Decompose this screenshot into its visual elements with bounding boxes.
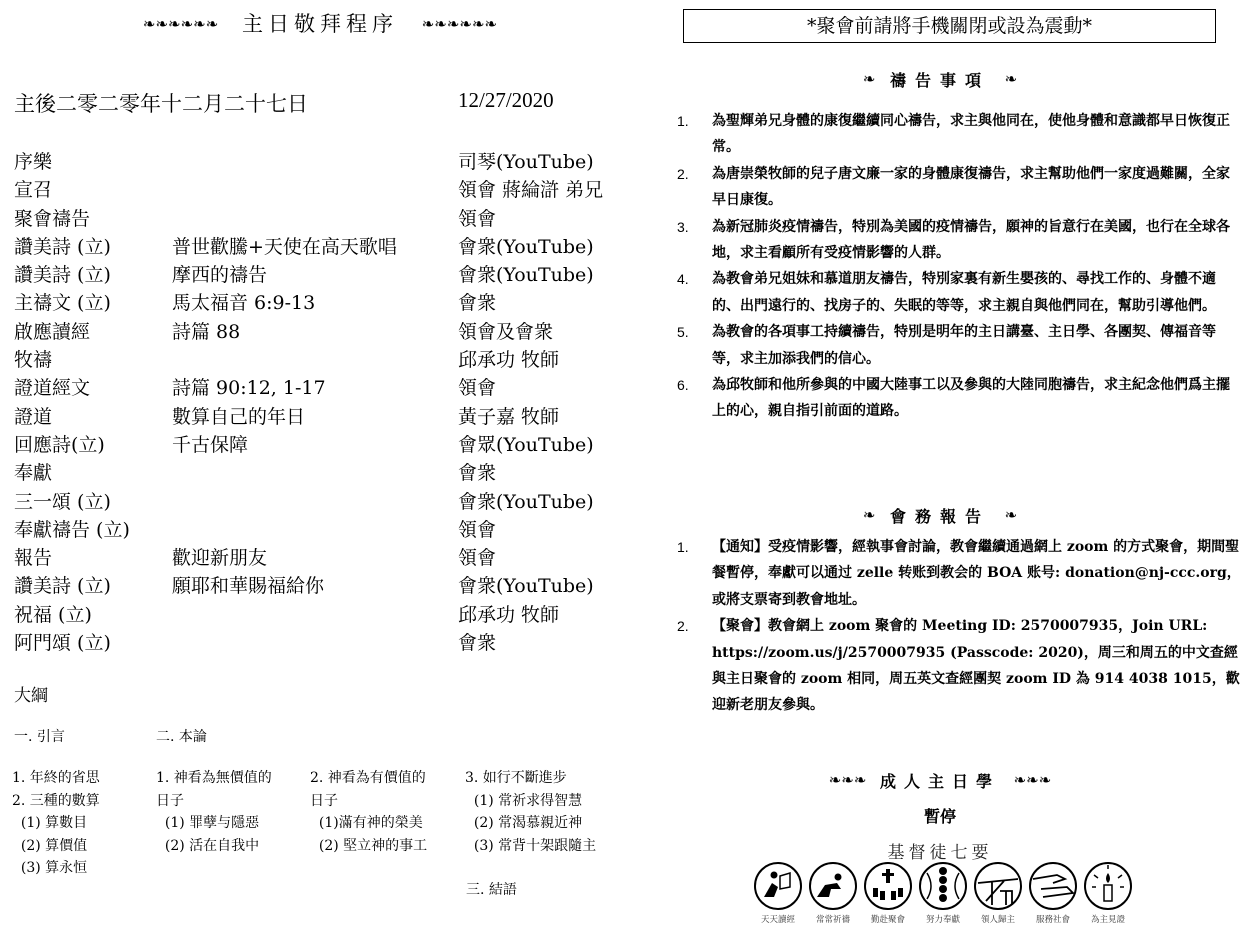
report-title: 會務報告 [890,507,990,526]
item-number: 4. [677,266,689,292]
order-item: 讚美詩 (立) [14,572,111,600]
reading-bible-icon [752,861,804,911]
order-leader: 領會 [458,544,496,572]
order-leader: 邱承功 牧師 [458,601,559,629]
ornament-icon: ❧ [1005,506,1018,524]
item-number: 5. [677,319,689,345]
outline-point: (2) 堅立神的事工 [310,835,427,858]
evangelism-icon [972,861,1024,911]
order-row: 阿門頌 (立)會衆 [14,629,634,657]
order-row: 讚美詩 (立)願耶和華賜福給你會衆(YouTube) [14,572,634,600]
list-item: 1.為聖輝弟兄身體的康復繼續同心禱告，求主與他同在，使他身體和意識都早日恢復正常… [672,108,1242,161]
outline-point: (1)滿有神的榮美 [310,812,427,835]
order-leader: 會眾(YouTube) [458,431,594,459]
list-item: 1.【通知】受疫情影響，經執事會討論，教會繼續通過網上 zoom 的方式聚會，期… [672,534,1242,613]
order-leader: 會衆(YouTube) [458,488,594,516]
order-detail: 詩篇 88 [172,318,240,346]
essential-item: 天天讀經 [752,861,804,925]
essential-item: 努力奉獻 [917,861,969,925]
praying-icon [807,861,859,911]
item-text: 為教會弟兄姐妹和慕道朋友禱告，特別家裏有新生嬰孩的、尋找工作的、身體不適的、出門… [712,271,1216,313]
order-detail: 千古保障 [172,431,248,459]
essential-label: 服務社會 [1036,913,1070,925]
order-item: 主禱文 (立) [14,289,111,317]
order-row: 回應詩(立)千古保障會眾(YouTube) [14,431,634,459]
date-numeric: 12/27/2020 [458,88,554,113]
order-item: 啟應讀經 [14,318,90,346]
outline-col-1: 1. 年終的省思2. 三種的數算 (1) 算數目 (2) 算價值 (3) 算永恒 [12,767,100,880]
item-number: 3. [677,214,689,240]
outline-point: (2) 算價值 [12,835,100,858]
prayer-section-heading: ❧ 禱告事項 ❧ [740,68,1140,91]
item-text: 為聖輝弟兄身體的康復繼續同心禱告，求主與他同在，使他身體和意識都早日恢復正常。 [712,113,1230,155]
order-row: 牧禱邱承功 牧師 [14,346,634,374]
outline-point: 日子 [156,790,272,813]
offering-icon [917,861,969,911]
order-leader: 領會 [458,516,496,544]
outline-section-body: 二. 本論 [156,726,207,746]
order-row: 證道經文詩篇 90:12, 1-17領會 [14,374,634,402]
order-row: 祝福 (立)邱承功 牧師 [14,601,634,629]
order-leader: 黃子嘉 牧師 [458,403,559,431]
outline-col-3: 2. 神看為有價值的日子 (1)滿有神的榮美 (2) 堅立神的事工 [310,767,427,857]
order-item: 報告 [14,544,52,572]
order-leader: 會衆(YouTube) [458,572,594,600]
essential-item: 常常祈禱 [807,861,859,925]
essential-label: 常常祈禱 [816,913,850,925]
order-item: 宣召 [14,176,52,204]
list-item: 2.為唐崇榮牧師的兒子唐文廉一家的身體康復禱告，求主幫助他們一家度過難關，全家早… [672,161,1242,214]
order-item: 祝福 (立) [14,601,92,629]
order-leader: 會衆(YouTube) [458,261,594,289]
order-detail: 詩篇 90:12, 1-17 [172,374,326,402]
ornament-icon: ❧ [863,70,876,88]
order-row: 報告歡迎新朋友領會 [14,544,634,572]
order-detail: 願耶和華賜福給你 [172,572,324,600]
sunday-school-heading: ❧❧❧ 成人主日學 ❧❧❧ [740,769,1140,792]
essential-label: 領人歸主 [981,913,1015,925]
outline-point: (1) 算數目 [12,812,100,835]
order-row: 序樂司琴(YouTube) [14,148,634,176]
item-number: 1. [677,108,689,134]
phone-notice-box: *聚會前請將手機關閉或設為震動* [683,9,1216,43]
ornament-icon: ❧❧❧❧❧❧ [143,15,218,33]
outline-point: (1) 罪孽与隱惡 [156,812,272,835]
outline-point: (2) 常渴慕親近神 [465,812,596,835]
order-row: 奉獻會衆 [14,459,634,487]
ornament-icon: ❧ [1005,70,1018,88]
item-text: 【聚會】教會網上 zoom 聚會的 Meeting ID: 2570007935… [712,618,1240,713]
order-detail: 普世歡騰+天使在高天歌唱 [172,233,397,261]
list-item: 3.為新冠肺炎疫情禱告，特別為美國的疫情禱告，願神的旨意行在美國，也行在全球各地… [672,214,1242,267]
outline-point: (3) 算永恒 [12,857,100,880]
outline-point: (3) 常背十架跟隨主 [465,835,596,858]
order-detail: 歡迎新朋友 [172,544,267,572]
date-chinese: 主後二零二零年十二月二十七日 [14,88,308,118]
order-row: 宣召領會 蔣綸滸 弟兄 [14,176,634,204]
outline-col-2: 1. 神看為無價值的日子 (1) 罪孽与隱惡 (2) 活在自我中 [156,767,272,857]
item-text: 為唐崇榮牧師的兒子唐文廉一家的身體康復禱告，求主幫助他們一家度過難關，全家早日康… [712,166,1230,208]
outline-title: 大綱 [14,681,48,706]
essential-item: 為主見證 [1082,861,1134,925]
order-item: 讚美詩 (立) [14,233,111,261]
order-detail: 摩西的禱告 [172,261,267,289]
order-detail: 馬太福音 6:9-13 [172,289,315,317]
order-leader: 會衆 [458,289,496,317]
ornament-icon: ❧❧❧ [1014,771,1052,789]
list-item: 5.為教會的各項事工持續禱告，特別是明年的主日講臺、主日學、各團契、傳福音等等，… [672,319,1242,372]
report-list: 1.【通知】受疫情影響，經執事會討論，教會繼續通過網上 zoom 的方式聚會，期… [672,534,1242,719]
order-row: 主禱文 (立)馬太福音 6:9-13會衆 [14,289,634,317]
worship-order-title: ❧❧❧❧❧❧ 主日敬拜程序 ❧❧❧❧❧❧ [0,8,640,38]
order-item: 奉獻 [14,459,52,487]
ornament-icon: ❧ [863,506,876,524]
order-leader: 領會 [458,205,496,233]
prayer-list: 1.為聖輝弟兄身體的康復繼續同心禱告，求主與他同在，使他身體和意識都早日恢復正常… [672,108,1242,425]
order-leader: 邱承功 牧師 [458,346,559,374]
seven-essentials-icons: 天天讀經常常祈禱勤赴聚會努力奉獻領人歸主服務社會為主見證 [752,861,1134,925]
order-item: 證道經文 [14,374,90,402]
outline-point: 1. 年終的省思 [12,767,100,790]
item-number: 6. [677,372,689,398]
order-row: 讚美詩 (立)摩西的禱告會衆(YouTube) [14,261,634,289]
outline-point: 2. 神看為有價值的 [310,767,427,790]
order-leader: 會衆 [458,629,496,657]
candle-witness-icon [1082,861,1134,911]
item-number: 1. [677,534,689,560]
order-leader: 會衆 [458,459,496,487]
outline-section-intro: 一. 引言 [14,726,65,746]
order-item: 聚會禱告 [14,205,90,233]
sunday-school-status: 暫停 [740,804,1140,827]
order-row: 讚美詩 (立)普世歡騰+天使在高天歌唱會衆(YouTube) [14,233,634,261]
outline-section-conclusion: 三. 結語 [466,879,517,899]
essential-label: 天天讀經 [761,913,795,925]
order-row: 三一頌 (立)會衆(YouTube) [14,488,634,516]
item-number: 2. [677,161,689,187]
prayer-title: 禱告事項 [890,71,990,90]
order-leader: 會衆(YouTube) [458,233,594,261]
outline-point: (2) 活在自我中 [156,835,272,858]
essential-label: 為主見證 [1091,913,1125,925]
item-number: 2. [677,613,689,639]
order-row: 聚會禱告領會 [14,205,634,233]
outline-point: 3. 如行不斷進步 [465,767,596,790]
list-item: 6.為邱牧師和他所參與的中國大陸事工以及參與的大陸同胞禱告，求主紀念他們爲主擺上… [672,372,1242,425]
service-hands-icon [1027,861,1079,911]
order-item: 阿門頌 (立) [14,629,111,657]
order-leader: 司琴(YouTube) [458,148,594,176]
report-section-heading: ❧ 會務報告 ❧ [740,504,1140,527]
order-item: 牧禱 [14,346,52,374]
order-item: 序樂 [14,148,52,176]
order-item: 回應詩(立) [14,431,105,459]
sunday-school-title: 成人主日學 [880,772,1000,791]
outline-point: 2. 三種的數算 [12,790,100,813]
item-text: 為教會的各項事工持續禱告，特別是明年的主日講臺、主日學、各團契、傳福音等等，求主… [712,324,1216,366]
ornament-icon: ❧❧❧❧❧❧ [422,15,497,33]
essential-label: 努力奉獻 [926,913,960,925]
order-item: 讚美詩 (立) [14,261,111,289]
essential-item: 服務社會 [1027,861,1079,925]
order-item: 奉獻禱告 (立) [14,516,130,544]
service-order-list: 序樂司琴(YouTube)宣召領會 蔣綸滸 弟兄聚會禱告領會讚美詩 (立)普世歡… [14,148,634,657]
ornament-icon: ❧❧❧ [829,771,867,789]
outline-col-4: 3. 如行不斷進步 (1) 常祈求得智慧 (2) 常渴慕親近神 (3) 常背十架… [465,767,596,857]
order-detail: 數算自己的年日 [172,403,305,431]
list-item: 4.為教會弟兄姐妹和慕道朋友禱告，特別家裏有新生嬰孩的、尋找工作的、身體不適的、… [672,266,1242,319]
essential-label: 勤赴聚會 [871,913,905,925]
order-item: 三一頌 (立) [14,488,111,516]
outline-point: (1) 常祈求得智慧 [465,790,596,813]
list-item: 2.【聚會】教會網上 zoom 聚會的 Meeting ID: 25700079… [672,613,1242,719]
outline-point: 1. 神看為無價值的 [156,767,272,790]
order-item: 證道 [14,403,52,431]
item-text: 為邱牧師和他所參與的中國大陸事工以及參與的大陸同胞禱告，求主紀念他們爲主擺上的心… [712,377,1230,419]
gathering-icon [862,861,914,911]
order-row: 奉獻禱告 (立)領會 [14,516,634,544]
order-leader: 領會 蔣綸滸 弟兄 [458,176,603,204]
item-text: 【通知】受疫情影響，經執事會討論，教會繼續通過網上 zoom 的方式聚會，期間聖… [712,539,1241,608]
seven-essentials-title: 基督徒七要 [740,838,1140,863]
order-row: 證道數算自己的年日黃子嘉 牧師 [14,403,634,431]
essential-item: 領人歸主 [972,861,1024,925]
item-text: 為新冠肺炎疫情禱告，特別為美國的疫情禱告，願神的旨意行在美國，也行在全球各地，求… [712,219,1230,261]
outline-point: 日子 [310,790,427,813]
order-leader: 領會及會衆 [458,318,553,346]
essential-item: 勤赴聚會 [862,861,914,925]
title-text: 主日敬拜程序 [242,12,398,36]
order-row: 啟應讀經詩篇 88領會及會衆 [14,318,634,346]
order-leader: 領會 [458,374,496,402]
